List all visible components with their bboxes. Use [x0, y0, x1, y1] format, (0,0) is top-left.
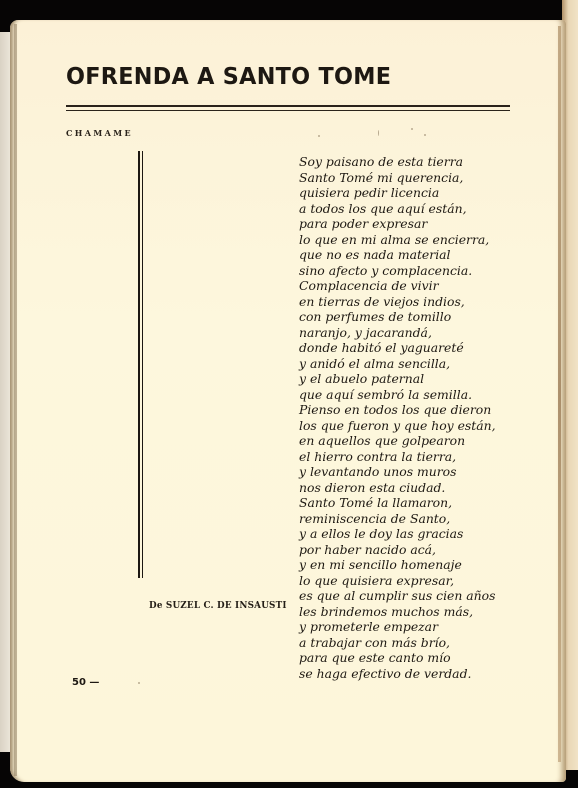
paper-speck — [318, 135, 320, 137]
poem-line: naranjo, y jacarandá, — [299, 325, 496, 341]
poem-line: reminiscencia de Santo, — [299, 511, 496, 527]
poem-line: en aquellos que golpearon — [299, 433, 496, 449]
poem-line: Soy paisano de esta tierra — [299, 154, 496, 170]
poem-line: se haga efectivo de verdad. — [299, 666, 496, 682]
title-rule-thin — [66, 110, 510, 111]
poem-line: en tierras de viejos indios, — [299, 294, 496, 310]
paper-speck — [411, 128, 413, 130]
poem-line: y anidó el alma sencilla, — [299, 356, 496, 372]
poem-line: y el abuelo paternal — [299, 371, 496, 387]
title-rule-thick — [66, 105, 510, 107]
poem-line: y levantando unos muros — [299, 464, 496, 480]
poem-line: por haber nacido acá, — [299, 542, 496, 558]
section-label: CHAMAME — [66, 128, 133, 138]
poem-line: los que fueron y que hoy están, — [299, 418, 496, 434]
decorative-vertical-rule — [138, 151, 140, 578]
gutter-shadow — [558, 26, 561, 762]
poem-line: el hierro contra la tierra, — [299, 449, 496, 465]
poem-line: lo que en mi alma se encierra, — [299, 232, 496, 248]
poem-line: quisiera pedir licencia — [299, 185, 496, 201]
poem-body: Soy paisano de esta tierra Santo Tomé mi… — [299, 154, 496, 681]
page-title: OFRENDA A SANTO TOME — [66, 64, 391, 90]
paper-speck — [138, 682, 140, 684]
poem-line: y a ellos le doy las gracias — [299, 526, 496, 542]
poem-line: con perfumes de tomillo — [299, 309, 496, 325]
poem-line: es que al cumplir sus cien años — [299, 588, 496, 604]
poem-line: lo que quisiera expresar, — [299, 573, 496, 589]
poem-line: que no es nada material — [299, 247, 496, 263]
paper-speck — [378, 130, 379, 136]
poem-line: y en mi sencillo homenaje — [299, 557, 496, 573]
poem-line: a todos los que aquí están, — [299, 201, 496, 217]
scanned-book-spread: OFRENDA A SANTO TOME CHAMAME Soy paisano… — [0, 0, 578, 788]
paper-speck — [424, 134, 426, 136]
poem-line: Santo Tomé mi querencia, — [299, 170, 496, 186]
poem-line: Pienso en todos los que dieron — [299, 402, 496, 418]
poem-line: y prometerle empezar — [299, 619, 496, 635]
page-number: 50 — — [72, 677, 99, 688]
poem-line: Complacencia de vivir — [299, 278, 496, 294]
author-credit: De SUZEL C. DE INSAUSTI — [149, 601, 287, 611]
poem-line: nos dieron esta ciudad. — [299, 480, 496, 496]
poem-line: Santo Tomé la llamaron, — [299, 495, 496, 511]
poem-line: que aquí sembró la semilla. — [299, 387, 496, 403]
poem-line: sino afecto y complacencia. — [299, 263, 496, 279]
poem-line: para que este canto mío — [299, 650, 496, 666]
decorative-vertical-rule-thin — [142, 151, 143, 578]
poem-line: a trabajar con más brío, — [299, 635, 496, 651]
poem-line: les brindemos muchos más, — [299, 604, 496, 620]
poem-line: para poder expresar — [299, 216, 496, 232]
poem-line: donde habitó el yaguareté — [299, 340, 496, 356]
